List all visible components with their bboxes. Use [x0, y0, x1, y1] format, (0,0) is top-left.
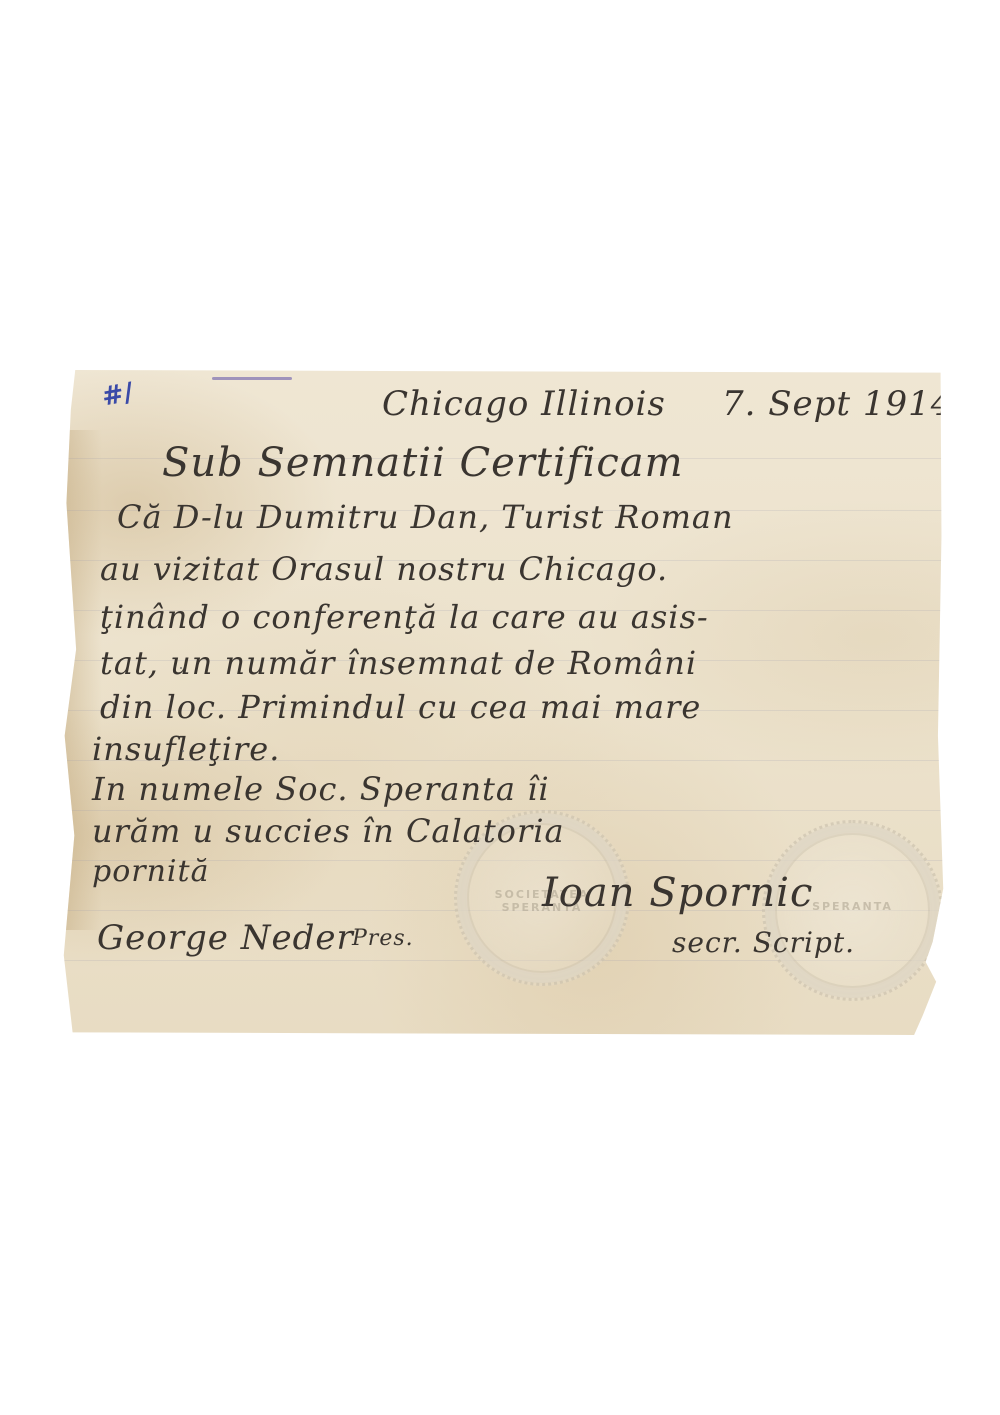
signature-president: George Neder [97, 918, 354, 958]
annotation-mark: #/ [100, 378, 136, 413]
ink-mark [212, 377, 292, 380]
header-date: 7. Sept 1914 [722, 384, 953, 424]
text-line: din loc. Primindul cu cea mai mare [100, 688, 701, 726]
text-line: In numele Soc. Speranta îi [92, 770, 550, 808]
text-line: Că D-lu Dumitru Dan, Turist Roman [117, 498, 734, 536]
text-line: Sub Semnatii Certificam [162, 440, 684, 486]
signature-secretary-title: secr. Script. [672, 926, 855, 959]
text-line: insufleţire. [92, 730, 280, 768]
text-line: tat, un număr însemnat de Români [100, 644, 697, 682]
text-line: urăm u succies în Calatoria [92, 812, 565, 850]
speck [180, 667, 182, 669]
signature-president-title: Pres. [352, 926, 414, 951]
header-place: Chicago Illinois [382, 384, 666, 424]
text-line: ţinând o conferenţă la care au asis- [100, 598, 709, 636]
signature-secretary: Ioan Spornic [542, 870, 813, 916]
certificate-paper: #/ SOCIETATEA SPERANTA SPERANTA Chicago … [62, 370, 945, 1035]
speck [182, 750, 184, 752]
text-line: au vizitat Orasul nostru Chicago. [100, 550, 668, 588]
ruled-line [62, 810, 945, 811]
text-line: pornită [92, 854, 209, 889]
